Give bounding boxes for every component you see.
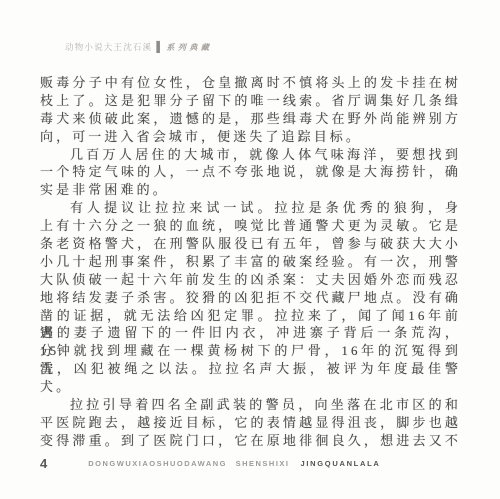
text-line: 变得滞重。到了医院门口，它在原地徘徊良久，想进去又不: [40, 432, 461, 450]
text-line: 几百万人居住的大城市，就像人体气味海洋，要想找到: [40, 146, 461, 164]
text-line: 洗，凶犯被绳之以法。拉拉名声大振，被评为年度最佳警: [40, 360, 461, 378]
text-line: 毒犬来侦破此案，遗憾的是，那些缉毒犬在野外尚能辨别方: [40, 110, 461, 128]
text-line: 实是非常困难的。: [40, 181, 461, 199]
page-body-text: 贩毒分子中有位女性，仓皇撤离时不慎将头上的发卡挂在树枝上了。这是犯罪分子留下的唯…: [40, 74, 461, 450]
header-series-title: 动物小说大王沈石溪: [65, 41, 152, 53]
text-line: 小几十起刑事案件，积累了丰富的破案经验。有一次，刑警: [40, 253, 461, 271]
text-line: 犬。: [40, 378, 461, 396]
text-line: 有人提议让拉拉来试一试。拉拉是条优秀的狼狗，身: [40, 199, 461, 217]
text-line: 害的妻子遗留下的一件旧内衣，冲进寨子背后一条荒沟，15: [40, 324, 461, 342]
text-line: 凿的证据，就无法给凶犯定罪。拉拉来了，闻了闻16年前遇: [40, 307, 461, 325]
header-collection-label: 系列典藏: [166, 42, 212, 53]
text-line: 上有十六分之一狼的血统，嗅觉比普通警犬更为灵敏。它是: [40, 217, 461, 235]
text-line: 一个特定气味的人，一点不夸张地说，就像是大海捞针，确: [40, 163, 461, 181]
text-line: 大队侦破一起十六年前发生的凶杀案：丈夫因婚外恋而残忍: [40, 271, 461, 289]
text-line: 分钟就找到埋藏在一棵黄杨树下的尸骨，16年的沉冤得到雪: [40, 342, 461, 360]
text-line: 枝上了。这是犯罪分子留下的唯一线索。省厅调集好几条缉: [40, 92, 461, 110]
text-line: 向，可一进入省会城市，便迷失了追踪目标。: [40, 128, 461, 146]
running-header: 动物小说大王沈石溪 ▌ 系列典藏: [65, 41, 212, 53]
text-line: 拉拉引导着四名全副武装的警员，向坐落在北市区的和: [40, 396, 461, 414]
text-line: 地将结发妻子杀害。狡猾的凶犯拒不交代藏尸地点。没有确: [40, 289, 461, 307]
text-line: 平医院跑去，越接近目标，它的表情越显得沮丧，脚步也越: [40, 414, 461, 432]
header-divider-bar-icon: ▌: [156, 42, 163, 53]
footer-series-pinyin: DONGWUXIAOSHUODAWANG SHENSHIXI: [88, 459, 289, 468]
text-line: 贩毒分子中有位女性，仓皇撤离时不慎将头上的发卡挂在树: [40, 74, 461, 92]
running-footer: 4 DONGWUXIAOSHUODAWANG SHENSHIXI JINGQUA…: [40, 456, 380, 471]
book-page: 动物小说大王沈石溪 ▌ 系列典藏 贩毒分子中有位女性，仓皇撤离时不慎将头上的发卡…: [0, 0, 500, 499]
text-line: 条老资格警犬，在刑警队服役已有五年，曾参与破获大大小: [40, 235, 461, 253]
page-number: 4: [40, 456, 47, 471]
footer-book-title-pinyin: JINGQUANLALA: [301, 459, 381, 468]
